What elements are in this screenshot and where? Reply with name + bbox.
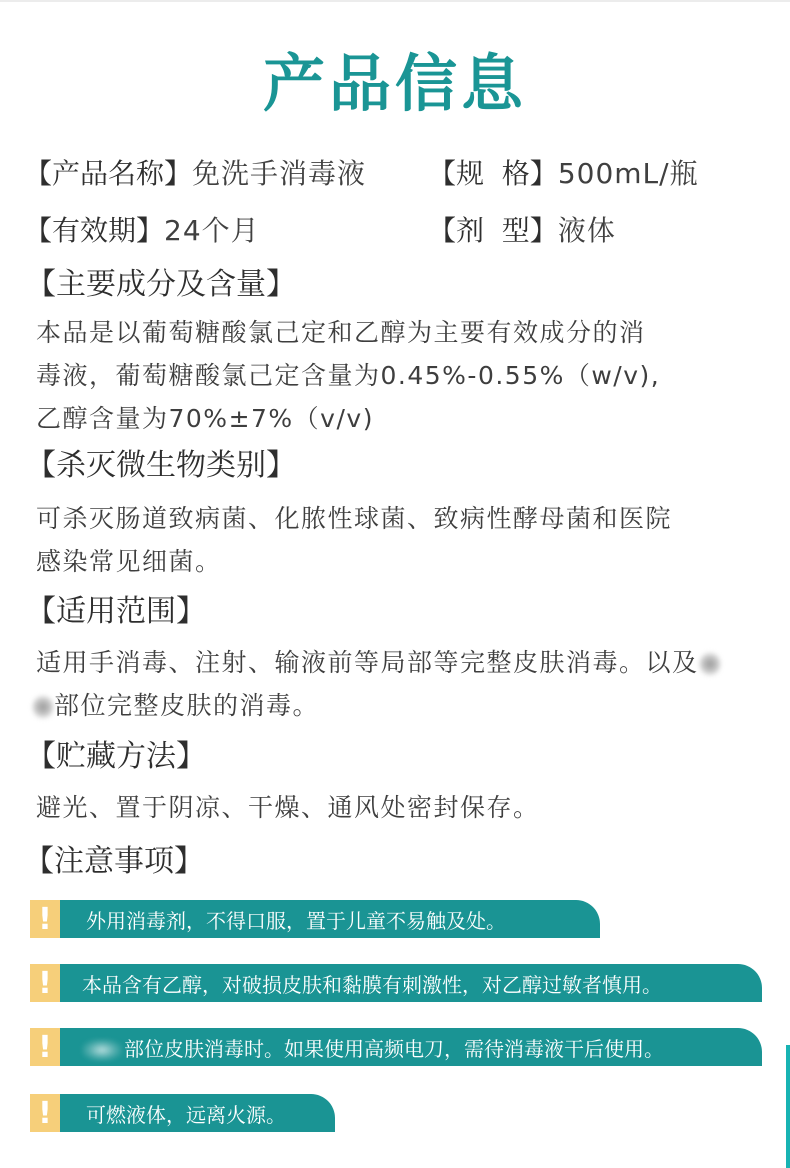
validity-value: 24个月 — [164, 214, 260, 247]
redacted-blur — [32, 694, 54, 720]
scope-line: 适用手消毒、注射、输液前等局部等完整皮肤消毒。以及 — [36, 641, 721, 684]
form-label: 【剂 型】 — [428, 214, 558, 247]
microbes-text: 可杀灭肠道致病菌、化脓性球菌、致病性酵母菌和医院 感染常见细菌。 — [36, 497, 672, 583]
ingredients-line: 本品是以葡萄糖酸氯己定和乙醇为主要有效成分的消 — [36, 311, 660, 354]
notice-text: 部位皮肤消毒时。如果使用高频电刀，需待消毒液干后使用。 — [124, 1037, 664, 1061]
scope-heading: 【适用范围】 — [26, 592, 206, 632]
scope-text: 适用手消毒、注射、输液前等局部等完整皮肤消毒。以及 部位完整皮肤的消毒。 — [36, 641, 721, 727]
notice-text-wrap: 部位皮肤消毒时。如果使用高频电刀，需待消毒液干后使用。 — [60, 1033, 664, 1062]
form-value: 液体 — [558, 214, 616, 247]
spec-label: 【规 格】 — [428, 157, 558, 190]
spec-row: 【规 格】500mL/瓶 — [428, 156, 699, 192]
storage-text: 避光、置于阴凉、干燥、通风处密封保存。 — [36, 786, 540, 829]
exclamation-icon: ! — [30, 1094, 60, 1132]
validity-row: 【有效期】24个月 — [24, 213, 260, 249]
top-divider — [0, 0, 790, 2]
ingredients-heading: 【主要成分及含量】 — [26, 265, 296, 305]
notes-heading: 【注意事项】 — [24, 842, 204, 882]
notice-item: ! 本品含有乙醇，对破损皮肤和黏膜有刺激性，对乙醇过敏者慎用。 — [30, 964, 762, 1002]
notice-item: ! 部位皮肤消毒时。如果使用高频电刀，需待消毒液干后使用。 — [30, 1028, 762, 1066]
notice-text: 可燃液体，远离火源。 — [60, 1099, 286, 1128]
ingredients-line: 毒液，葡萄糖酸氯己定含量为0.45%-0.55%（w/v), — [36, 354, 660, 397]
scope-line-text: 适用手消毒、注射、输液前等局部等完整皮肤消毒。以及 — [36, 648, 699, 677]
exclamation-icon: ! — [30, 900, 60, 938]
notice-item: ! 外用消毒剂，不得口服，置于儿童不易触及处。 — [30, 900, 600, 938]
ingredients-text: 本品是以葡萄糖酸氯己定和乙醇为主要有效成分的消 毒液，葡萄糖酸氯己定含量为0.4… — [36, 311, 660, 440]
redacted-blur — [82, 1039, 122, 1061]
microbes-line: 可杀灭肠道致病菌、化脓性球菌、致病性酵母菌和医院 — [36, 497, 672, 540]
notice-text: 本品含有乙醇，对破损皮肤和黏膜有刺激性，对乙醇过敏者慎用。 — [60, 969, 662, 998]
microbes-heading: 【杀灭微生物类别】 — [26, 446, 296, 486]
notice-item: ! 可燃液体，远离火源。 — [30, 1094, 335, 1132]
spec-value: 500mL/瓶 — [558, 157, 699, 190]
product-name-row: 【产品名称】免洗手消毒液 — [24, 156, 366, 192]
storage-heading: 【贮藏方法】 — [26, 737, 206, 777]
microbes-line: 感染常见细菌。 — [36, 540, 672, 583]
edge-accent-bar — [786, 1045, 790, 1168]
exclamation-icon: ! — [30, 964, 60, 1002]
notice-text: 外用消毒剂，不得口服，置于儿童不易触及处。 — [60, 905, 506, 934]
scope-line: 部位完整皮肤的消毒。 — [32, 684, 721, 727]
redacted-blur — [699, 651, 721, 677]
exclamation-icon: ! — [30, 1028, 60, 1066]
validity-label: 【有效期】 — [24, 214, 164, 247]
scope-line-text: 部位完整皮肤的消毒。 — [54, 691, 319, 720]
page-title: 产品信息 — [0, 34, 790, 123]
product-name-label: 【产品名称】 — [24, 157, 192, 190]
ingredients-line: 乙醇含量为70%±7%（v/v) — [36, 397, 660, 440]
form-row: 【剂 型】液体 — [428, 213, 616, 249]
product-name-value: 免洗手消毒液 — [192, 157, 366, 190]
